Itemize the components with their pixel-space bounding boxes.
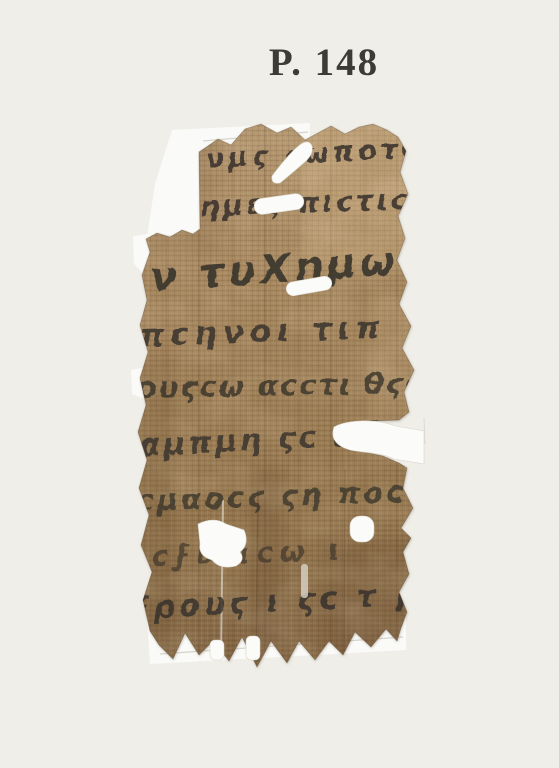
papyrus-photo: νμϛ ϛωποτϲ ημεϛ πιϲτιϲε ν τυΧημω πϲηνοι … — [0, 0, 559, 768]
catalog-plate: νμϛ ϛωποτϲ ημεϛ πιϲτιϲε ν τυΧημω πϲηνοι … — [0, 0, 559, 768]
page-title: P. 148 — [269, 40, 379, 85]
handwriting-line: ουϛϲω αϲϲτι θϛϲω — [137, 366, 452, 405]
handwriting-line: ϲϝυ ιϲω ι — [151, 533, 347, 573]
